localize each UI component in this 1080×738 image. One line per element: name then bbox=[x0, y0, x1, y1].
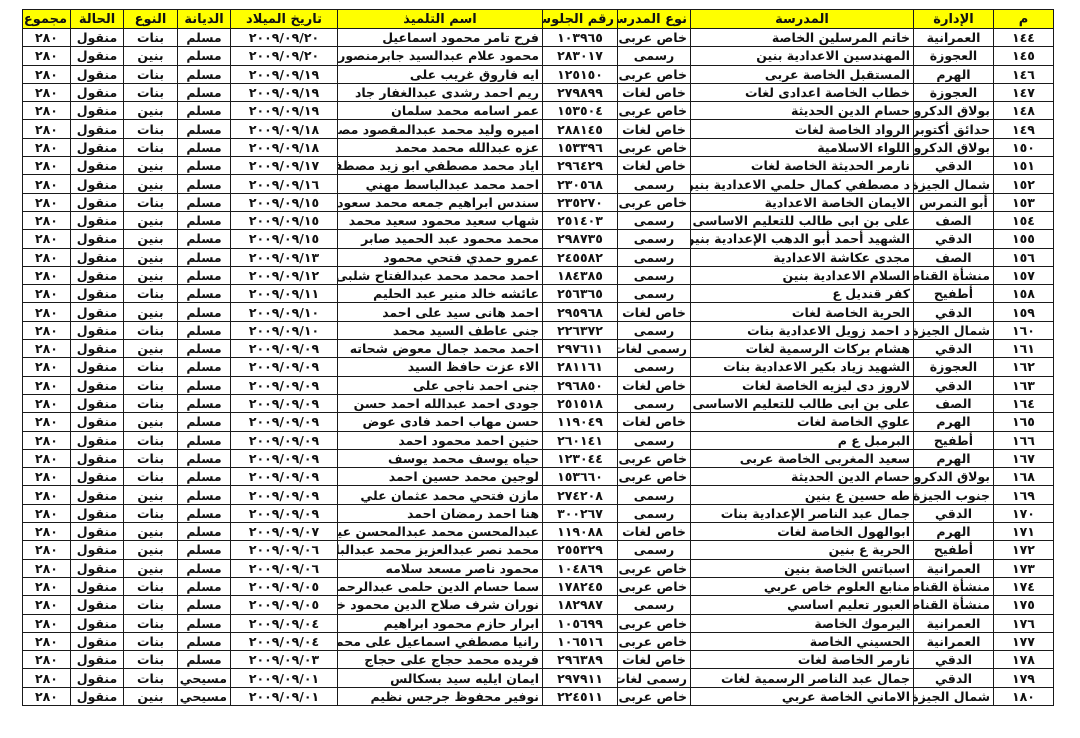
col-gender-cell: بنين bbox=[124, 157, 178, 175]
col-birth-date-cell: ٢٠٠٩/٠٩/٢٠ bbox=[231, 29, 338, 47]
col-religion-cell: مسلم bbox=[178, 248, 231, 266]
col-student-name-cell: عمر اسامه محمد سلمان bbox=[338, 102, 543, 120]
col-birth-date-cell: ٢٠٠٩/٠٩/٠٩ bbox=[231, 358, 338, 376]
col-religion-cell: مسلم bbox=[178, 193, 231, 211]
col-school-cell: خطاب الخاصة اعدادى لغات bbox=[691, 83, 914, 101]
col-birth-date-cell: ٢٠٠٩/٠٩/١٠ bbox=[231, 321, 338, 339]
col-school-type-cell: رسمى bbox=[618, 431, 691, 449]
table-row: ١٧٥منشأة القناطرالعبور تعليم اساسيرسمى١٨… bbox=[23, 596, 1054, 614]
col-student-name-cell: فرح تامر محمود اسماعيل bbox=[338, 29, 543, 47]
col-religion-cell: مسيحي bbox=[178, 669, 231, 687]
col-school-type-cell: خاص لغات bbox=[618, 651, 691, 669]
col-school-cell: الحرية الخاصة لغات bbox=[691, 303, 914, 321]
col-religion-cell: مسلم bbox=[178, 468, 231, 486]
col-index-cell: ١٧٢ bbox=[994, 541, 1054, 559]
col-administration-cell: الصف bbox=[914, 248, 994, 266]
col-student-name-cell: مازن فتحي محمد عثمان علي bbox=[338, 486, 543, 504]
col-seat-number-cell: ١٠٤٨٦٩ bbox=[543, 559, 618, 577]
col-birth-date-cell: ٢٠٠٩/٠٩/١٢ bbox=[231, 266, 338, 284]
col-school-type-cell: خاص عربى bbox=[618, 138, 691, 156]
col-gender-cell: بنات bbox=[124, 577, 178, 595]
col-index-cell: ١٦٢ bbox=[994, 358, 1054, 376]
col-gender-cell: بنات bbox=[124, 138, 178, 156]
col-administration-cell: بولاق الدكرور bbox=[914, 102, 994, 120]
col-status-cell: منقول bbox=[71, 541, 124, 559]
col-student-name-cell: ابرار حازم محمود ابراهيم bbox=[338, 614, 543, 632]
col-birth-date-cell: ٢٠٠٩/٠٩/٠٤ bbox=[231, 614, 338, 632]
col-school-cell: سعيد المغربى الخاصة عربى bbox=[691, 449, 914, 467]
col-gender-cell: بنات bbox=[124, 394, 178, 412]
col-index-cell: ١٤٩ bbox=[994, 120, 1054, 138]
col-religion-cell: مسلم bbox=[178, 47, 231, 65]
col-seat-number-cell: ٢٩٧٦١١ bbox=[543, 340, 618, 358]
col-school-type-cell: رسمى bbox=[618, 248, 691, 266]
table-row: ١٧٨الدقينارمر الخاصة لغاتخاص لغات٢٩٦٣٨٩ف… bbox=[23, 651, 1054, 669]
col-index-cell: ١٧٦ bbox=[994, 614, 1054, 632]
col-administration-cell: العمرانية bbox=[914, 632, 994, 650]
col-student-name-cell: محمود ناصر مسعد سلامه bbox=[338, 559, 543, 577]
col-birth-date-cell: ٢٠٠٩/٠٩/٠٩ bbox=[231, 504, 338, 522]
col-student-name-cell: احمد محمد محمد عبدالفتاح شلبى bbox=[338, 266, 543, 284]
col-school-type-cell: رسمى bbox=[618, 504, 691, 522]
col-religion-cell: مسلم bbox=[178, 303, 231, 321]
table-row: ١٥٤الصفعلى بن ابى طالب للتعليم الاساسىرس… bbox=[23, 211, 1054, 229]
col-status-cell: منقول bbox=[71, 102, 124, 120]
table-row: ١٦٤الصفعلى بن ابى طالب للتعليم الاساسىرس… bbox=[23, 394, 1054, 412]
col-total-cell: ٢٨٠ bbox=[23, 376, 71, 394]
col-status-cell: منقول bbox=[71, 614, 124, 632]
col-student-name-cell: نوران شرف صلاح الدين محمود خاطر bbox=[338, 596, 543, 614]
col-seat-number-cell: ١١٩٠٤٩ bbox=[543, 413, 618, 431]
col-index-cell: ١٥٣ bbox=[994, 193, 1054, 211]
col-school-cell: الشهيد أحمد أبو الدهب الإعدادية بنين bbox=[691, 230, 914, 248]
col-index-cell: ١٦٥ bbox=[994, 413, 1054, 431]
col-religion-cell: مسلم bbox=[178, 651, 231, 669]
col-religion-cell: مسلم bbox=[178, 138, 231, 156]
col-religion-cell: مسلم bbox=[178, 266, 231, 284]
col-religion-cell: مسلم bbox=[178, 211, 231, 229]
col-school-cell: السلام الاعدادية بنين bbox=[691, 266, 914, 284]
col-total-cell: ٢٨٠ bbox=[23, 577, 71, 595]
col-gender-cell: بنين bbox=[124, 340, 178, 358]
col-student-name-cell: حنين احمد محمود احمد bbox=[338, 431, 543, 449]
col-index-cell: ١٥٧ bbox=[994, 266, 1054, 284]
col-seat-number-cell: ٢٩٥٩٦٨ bbox=[543, 303, 618, 321]
col-administration-cell: الدقي bbox=[914, 376, 994, 394]
col-religion-cell: مسلم bbox=[178, 449, 231, 467]
col-index-cell: ١٥٠ bbox=[994, 138, 1054, 156]
col-gender-cell: بنين bbox=[124, 211, 178, 229]
col-administration-cell: الهرم bbox=[914, 413, 994, 431]
col-administration-cell: الهرم bbox=[914, 65, 994, 83]
col-school-cell: على بن ابى طالب للتعليم الاساسى bbox=[691, 394, 914, 412]
table-row: ١٧٩الدقيجمال عبد الناصر الرسمية لغاترسمى… bbox=[23, 669, 1054, 687]
col-total-cell: ٢٨٠ bbox=[23, 303, 71, 321]
col-school-type-cell: خاص لغات bbox=[618, 120, 691, 138]
header-col-status: الحالة bbox=[71, 10, 124, 29]
col-student-name-cell: شهاب سعيد محمود سعيد محمد bbox=[338, 211, 543, 229]
col-school-cell: حسام الدين الحديثة bbox=[691, 102, 914, 120]
col-seat-number-cell: ١٧٨٢٤٥ bbox=[543, 577, 618, 595]
col-seat-number-cell: ١٢٣٠٤٤ bbox=[543, 449, 618, 467]
col-index-cell: ١٧٨ bbox=[994, 651, 1054, 669]
col-student-name-cell: عمرو حمدي فتحي محمود bbox=[338, 248, 543, 266]
col-total-cell: ٢٨٠ bbox=[23, 138, 71, 156]
col-status-cell: منقول bbox=[71, 413, 124, 431]
col-gender-cell: بنات bbox=[124, 632, 178, 650]
col-religion-cell: مسلم bbox=[178, 157, 231, 175]
col-school-cell: ابوالهول الخاصة لغات bbox=[691, 523, 914, 541]
table-row: ١٤٧العجوزةخطاب الخاصة اعدادى لغاتخاص لغا… bbox=[23, 83, 1054, 101]
col-school-cell: الرواد الخاصة لغات bbox=[691, 120, 914, 138]
table-row: ١٧١الهرمابوالهول الخاصة لغاتخاص لغات١١٩٠… bbox=[23, 523, 1054, 541]
col-index-cell: ١٧٤ bbox=[994, 577, 1054, 595]
col-seat-number-cell: ١١٩٠٨٨ bbox=[543, 523, 618, 541]
col-religion-cell: مسلم bbox=[178, 376, 231, 394]
col-index-cell: ١٥١ bbox=[994, 157, 1054, 175]
col-gender-cell: بنين bbox=[124, 541, 178, 559]
col-birth-date-cell: ٢٠٠٩/٠٩/١٩ bbox=[231, 83, 338, 101]
col-religion-cell: مسلم bbox=[178, 394, 231, 412]
col-status-cell: منقول bbox=[71, 193, 124, 211]
col-seat-number-cell: ٢٩٧٩١١ bbox=[543, 669, 618, 687]
col-index-cell: ١٧٣ bbox=[994, 559, 1054, 577]
col-school-type-cell: خاص لغات bbox=[618, 413, 691, 431]
table-row: ١٥٧منشأة القناطرالسلام الاعدادية بنينرسم… bbox=[23, 266, 1054, 284]
col-gender-cell: بنين bbox=[124, 523, 178, 541]
col-school-cell: اسباتس الخاصة بنين bbox=[691, 559, 914, 577]
col-birth-date-cell: ٢٠٠٩/٠٩/٠٩ bbox=[231, 413, 338, 431]
col-gender-cell: بنين bbox=[124, 486, 178, 504]
col-index-cell: ١٤٤ bbox=[994, 29, 1054, 47]
col-seat-number-cell: ٢٢٦٣٧٢ bbox=[543, 321, 618, 339]
col-school-type-cell: خاص عربى bbox=[618, 449, 691, 467]
col-school-cell: نارمر الخاصة لغات bbox=[691, 651, 914, 669]
col-total-cell: ٢٨٠ bbox=[23, 541, 71, 559]
col-seat-number-cell: ١٥٣٣٩٦ bbox=[543, 138, 618, 156]
col-birth-date-cell: ٢٠٠٩/٠٩/٢٠ bbox=[231, 47, 338, 65]
col-administration-cell: أطفيح bbox=[914, 541, 994, 559]
col-administration-cell: شمال الجيزة bbox=[914, 687, 994, 705]
col-birth-date-cell: ٢٠٠٩/٠٩/١٦ bbox=[231, 175, 338, 193]
col-school-type-cell: رسمى bbox=[618, 596, 691, 614]
table-row: ١٦٦أطفيحالبرمبل ع مرسمى٢٦٠١٤١حنين احمد م… bbox=[23, 431, 1054, 449]
col-religion-cell: مسلم bbox=[178, 523, 231, 541]
col-status-cell: منقول bbox=[71, 303, 124, 321]
col-seat-number-cell: ٢٣٥٢٧٠ bbox=[543, 193, 618, 211]
col-school-cell: طه حسين ع بنين bbox=[691, 486, 914, 504]
col-birth-date-cell: ٢٠٠٩/٠٩/٠٩ bbox=[231, 394, 338, 412]
col-student-name-cell: محمود علام عبدالسيد جابرمنصور محمد bbox=[338, 47, 543, 65]
table-row: ١٦٣الدقيلاروز دى ليزيه الخاصة لغاتخاص لغ… bbox=[23, 376, 1054, 394]
col-birth-date-cell: ٢٠٠٩/٠٩/٠١ bbox=[231, 669, 338, 687]
col-student-name-cell: رانيا مصطفي اسماعيل على محمد bbox=[338, 632, 543, 650]
col-administration-cell: منشأة القناطر bbox=[914, 266, 994, 284]
col-index-cell: ١٥٦ bbox=[994, 248, 1054, 266]
students-table: مالإدارةالمدرسةنوع المدرسةرقم الجلوساسم … bbox=[22, 9, 1054, 706]
col-status-cell: منقول bbox=[71, 266, 124, 284]
col-birth-date-cell: ٢٠٠٩/٠٩/٠٦ bbox=[231, 559, 338, 577]
col-school-cell: منابع العلوم خاص عربي bbox=[691, 577, 914, 595]
col-status-cell: منقول bbox=[71, 47, 124, 65]
col-index-cell: ١٤٨ bbox=[994, 102, 1054, 120]
col-school-type-cell: رسمى bbox=[618, 47, 691, 65]
col-birth-date-cell: ٢٠٠٩/٠٩/٠٥ bbox=[231, 596, 338, 614]
col-birth-date-cell: ٢٠٠٩/٠٩/٠٣ bbox=[231, 651, 338, 669]
col-birth-date-cell: ٢٠٠٩/٠٩/٠٦ bbox=[231, 541, 338, 559]
table-row: ١٥٢شمال الجيزةد مصطفي كمال حلمي الاعدادي… bbox=[23, 175, 1054, 193]
col-status-cell: منقول bbox=[71, 431, 124, 449]
col-status-cell: منقول bbox=[71, 340, 124, 358]
col-status-cell: منقول bbox=[71, 687, 124, 705]
col-index-cell: ١٧٩ bbox=[994, 669, 1054, 687]
col-religion-cell: مسلم bbox=[178, 321, 231, 339]
col-school-cell: البرمبل ع م bbox=[691, 431, 914, 449]
table-row: ١٦٥الهرمعلوي الخاصة لغاتخاص لغات١١٩٠٤٩حس… bbox=[23, 413, 1054, 431]
col-birth-date-cell: ٢٠٠٩/٠٩/٠١ bbox=[231, 687, 338, 705]
col-school-type-cell: خاص عربى bbox=[618, 577, 691, 595]
col-seat-number-cell: ٢٦٠١٤١ bbox=[543, 431, 618, 449]
col-school-type-cell: خاص عربى bbox=[618, 29, 691, 47]
col-seat-number-cell: ١٠٣٩٦٥ bbox=[543, 29, 618, 47]
col-school-type-cell: رسمى bbox=[618, 266, 691, 284]
col-index-cell: ١٧٧ bbox=[994, 632, 1054, 650]
col-status-cell: منقول bbox=[71, 449, 124, 467]
col-administration-cell: الدقي bbox=[914, 504, 994, 522]
col-school-type-cell: رسمى bbox=[618, 541, 691, 559]
col-birth-date-cell: ٢٠٠٩/٠٩/٠٩ bbox=[231, 449, 338, 467]
col-administration-cell: الدقي bbox=[914, 669, 994, 687]
col-student-name-cell: محمد نصر عبدالعزيز محمد عبدالباقي bbox=[338, 541, 543, 559]
col-seat-number-cell: ٢٩٦٤٢٩ bbox=[543, 157, 618, 175]
col-status-cell: منقول bbox=[71, 559, 124, 577]
col-gender-cell: بنات bbox=[124, 83, 178, 101]
col-gender-cell: بنين bbox=[124, 248, 178, 266]
col-gender-cell: بنات bbox=[124, 468, 178, 486]
col-total-cell: ٢٨٠ bbox=[23, 211, 71, 229]
col-school-cell: علوي الخاصة لغات bbox=[691, 413, 914, 431]
col-index-cell: ١٥٢ bbox=[994, 175, 1054, 193]
col-student-name-cell: جنى عاطف السيد محمد bbox=[338, 321, 543, 339]
col-administration-cell: شمال الجيزة bbox=[914, 175, 994, 193]
col-total-cell: ٢٨٠ bbox=[23, 248, 71, 266]
col-religion-cell: مسلم bbox=[178, 632, 231, 650]
col-gender-cell: بنات bbox=[124, 651, 178, 669]
col-school-cell: مجدى عكاشة الاعدادية bbox=[691, 248, 914, 266]
col-seat-number-cell: ٢٨٨١٤٥ bbox=[543, 120, 618, 138]
col-administration-cell: أبو النمرس bbox=[914, 193, 994, 211]
col-birth-date-cell: ٢٠٠٩/٠٩/٠٧ bbox=[231, 523, 338, 541]
col-gender-cell: بنين bbox=[124, 230, 178, 248]
col-gender-cell: بنات bbox=[124, 65, 178, 83]
col-total-cell: ٢٨٠ bbox=[23, 687, 71, 705]
col-school-cell: جمال عبد الناصر الرسمية لغات bbox=[691, 669, 914, 687]
col-seat-number-cell: ٢٧٩٨٩٩ bbox=[543, 83, 618, 101]
table-row: ١٦٠شمال الجيزةد احمد زويل الاعدادية بنات… bbox=[23, 321, 1054, 339]
col-index-cell: ١٤٦ bbox=[994, 65, 1054, 83]
table-row: ١٤٥العجوزةالمهندسين الاعدادية بنينرسمى٢٨… bbox=[23, 47, 1054, 65]
col-index-cell: ١٥٨ bbox=[994, 285, 1054, 303]
col-total-cell: ٢٨٠ bbox=[23, 340, 71, 358]
col-school-cell: المستقبل الخاصة عربى bbox=[691, 65, 914, 83]
header-col-school-type: نوع المدرسة bbox=[618, 10, 691, 29]
header-col-seat-number: رقم الجلوس bbox=[543, 10, 618, 29]
col-student-name-cell: ريم احمد رشدى عبدالغفار جاد bbox=[338, 83, 543, 101]
col-school-type-cell: رسمى bbox=[618, 486, 691, 504]
col-student-name-cell: احمد محمد عبدالباسط مهني bbox=[338, 175, 543, 193]
col-school-type-cell: رسمى bbox=[618, 211, 691, 229]
col-seat-number-cell: ٢٨٣٠١٧ bbox=[543, 47, 618, 65]
col-student-name-cell: ايمان ايليه سيد بسكالس bbox=[338, 669, 543, 687]
col-school-cell: جمال عبد الناصر الإعدادية بنات bbox=[691, 504, 914, 522]
table-row: ١٤٨بولاق الدكرورحسام الدين الحديثةخاص عر… bbox=[23, 102, 1054, 120]
col-gender-cell: بنين bbox=[124, 47, 178, 65]
col-gender-cell: بنين bbox=[124, 303, 178, 321]
col-status-cell: منقول bbox=[71, 376, 124, 394]
col-school-type-cell: خاص عربى bbox=[618, 687, 691, 705]
col-student-name-cell: حياه يوسف محمد يوسف bbox=[338, 449, 543, 467]
col-gender-cell: بنات bbox=[124, 449, 178, 467]
col-administration-cell: أطفيح bbox=[914, 285, 994, 303]
col-total-cell: ٢٨٠ bbox=[23, 102, 71, 120]
col-administration-cell: منشأة القناطر bbox=[914, 577, 994, 595]
col-student-name-cell: عبدالمحسن محمد عبدالمحسن عيسي خليل bbox=[338, 523, 543, 541]
col-index-cell: ١٦٩ bbox=[994, 486, 1054, 504]
col-student-name-cell: لوجين محمد حسين احمد bbox=[338, 468, 543, 486]
col-student-name-cell: اميره وليد محمد عبدالمقصود مصطفي bbox=[338, 120, 543, 138]
col-total-cell: ٢٨٠ bbox=[23, 193, 71, 211]
col-religion-cell: مسلم bbox=[178, 175, 231, 193]
col-seat-number-cell: ١٥٣٥٠٤ bbox=[543, 102, 618, 120]
col-school-cell: حسام الدين الحديثة bbox=[691, 468, 914, 486]
col-religion-cell: مسلم bbox=[178, 596, 231, 614]
col-student-name-cell: اياد محمد مصطفي ابو زيد مصطفي bbox=[338, 157, 543, 175]
table-row: ١٥٦الصفمجدى عكاشة الاعداديةرسمى٢٤٥٥٨٢عمر… bbox=[23, 248, 1054, 266]
col-administration-cell: العمرانية bbox=[914, 29, 994, 47]
col-total-cell: ٢٨٠ bbox=[23, 175, 71, 193]
col-total-cell: ٢٨٠ bbox=[23, 449, 71, 467]
col-administration-cell: العمرانية bbox=[914, 559, 994, 577]
col-administration-cell: حدائق أكتوبر bbox=[914, 120, 994, 138]
col-index-cell: ١٥٥ bbox=[994, 230, 1054, 248]
table-row: ١٥٥الدقيالشهيد أحمد أبو الدهب الإعدادية … bbox=[23, 230, 1054, 248]
col-school-type-cell: خاص عربى bbox=[618, 559, 691, 577]
col-student-name-cell: عزه عبدالله محمد محمد bbox=[338, 138, 543, 156]
col-index-cell: ١٦١ bbox=[994, 340, 1054, 358]
table-row: ١٥٩الدقيالحرية الخاصة لغاتخاص لغات٢٩٥٩٦٨… bbox=[23, 303, 1054, 321]
col-administration-cell: الصف bbox=[914, 211, 994, 229]
col-administration-cell: بولاق الدكرور bbox=[914, 138, 994, 156]
col-student-name-cell: جودى احمد عبدالله احمد حسن bbox=[338, 394, 543, 412]
col-status-cell: منقول bbox=[71, 632, 124, 650]
col-religion-cell: مسلم bbox=[178, 504, 231, 522]
table-row: ١٦٧الهرمسعيد المغربى الخاصة عربىخاص عربى… bbox=[23, 449, 1054, 467]
col-status-cell: منقول bbox=[71, 248, 124, 266]
col-school-type-cell: رسمى bbox=[618, 285, 691, 303]
col-school-cell: المهندسين الاعدادية بنين bbox=[691, 47, 914, 65]
col-birth-date-cell: ٢٠٠٩/٠٩/٠٩ bbox=[231, 468, 338, 486]
table-row: ١٦٩جنوب الجيزةطه حسين ع بنينرسمى٢٧٤٢٠٨ما… bbox=[23, 486, 1054, 504]
col-gender-cell: بنات bbox=[124, 193, 178, 211]
col-school-cell: اللواء الاسلامية bbox=[691, 138, 914, 156]
col-religion-cell: مسلم bbox=[178, 83, 231, 101]
col-student-name-cell: نوفير محفوظ جرجس نظيم bbox=[338, 687, 543, 705]
col-total-cell: ٢٨٠ bbox=[23, 669, 71, 687]
col-school-cell: الايمان الخاصة الاعدادية bbox=[691, 193, 914, 211]
col-school-type-cell: خاص عربى bbox=[618, 614, 691, 632]
col-student-name-cell: عائشه خالد منير عبد الحليم bbox=[338, 285, 543, 303]
col-birth-date-cell: ٢٠٠٩/٠٩/٠٥ bbox=[231, 577, 338, 595]
header-col-birth-date: تاريخ الميلاد bbox=[231, 10, 338, 29]
col-seat-number-cell: ٢٩٦٣٨٩ bbox=[543, 651, 618, 669]
col-index-cell: ١٨٠ bbox=[994, 687, 1054, 705]
col-status-cell: منقول bbox=[71, 120, 124, 138]
col-total-cell: ٢٨٠ bbox=[23, 596, 71, 614]
col-religion-cell: مسلم bbox=[178, 431, 231, 449]
col-status-cell: منقول bbox=[71, 468, 124, 486]
col-school-cell: الحرية ع بنين bbox=[691, 541, 914, 559]
col-school-type-cell: خاص عربى bbox=[618, 193, 691, 211]
col-index-cell: ١٧٠ bbox=[994, 504, 1054, 522]
col-religion-cell: مسلم bbox=[178, 358, 231, 376]
header-col-administration: الإدارة bbox=[914, 10, 994, 29]
col-student-name-cell: جنى احمد ناجى على bbox=[338, 376, 543, 394]
col-gender-cell: بنات bbox=[124, 669, 178, 687]
col-total-cell: ٢٨٠ bbox=[23, 47, 71, 65]
col-gender-cell: بنين bbox=[124, 559, 178, 577]
col-seat-number-cell: ٢٥٥٣٢٩ bbox=[543, 541, 618, 559]
col-total-cell: ٢٨٠ bbox=[23, 266, 71, 284]
col-school-type-cell: رسمى bbox=[618, 175, 691, 193]
col-school-type-cell: رسمى لغات bbox=[618, 340, 691, 358]
col-status-cell: منقول bbox=[71, 83, 124, 101]
header-col-total: مجموع bbox=[23, 10, 71, 29]
col-index-cell: ١٦٠ bbox=[994, 321, 1054, 339]
col-index-cell: ١٦٦ bbox=[994, 431, 1054, 449]
col-administration-cell: الدقي bbox=[914, 303, 994, 321]
col-seat-number-cell: ٣٠٠٢٦٧ bbox=[543, 504, 618, 522]
col-school-cell: هشام بركات الرسمية لغات bbox=[691, 340, 914, 358]
col-status-cell: منقول bbox=[71, 230, 124, 248]
col-status-cell: منقول bbox=[71, 65, 124, 83]
col-religion-cell: مسلم bbox=[178, 230, 231, 248]
col-school-cell: اليرموك الخاصة bbox=[691, 614, 914, 632]
col-seat-number-cell: ٢٩٦٨٥٠ bbox=[543, 376, 618, 394]
header-col-gender: النوع bbox=[124, 10, 178, 29]
col-student-name-cell: حسن مهاب احمد فادى عوض bbox=[338, 413, 543, 431]
col-seat-number-cell: ٢٧٤٢٠٨ bbox=[543, 486, 618, 504]
col-religion-cell: مسلم bbox=[178, 285, 231, 303]
col-school-cell: الحسيني الخاصة bbox=[691, 632, 914, 650]
table-row: ١٧٦العمرانيةاليرموك الخاصةخاص عربى١٠٥٦٩٩… bbox=[23, 614, 1054, 632]
col-status-cell: منقول bbox=[71, 486, 124, 504]
col-school-cell: الاماني الخاصة عربي bbox=[691, 687, 914, 705]
col-seat-number-cell: ٢٣٠٥٦٨ bbox=[543, 175, 618, 193]
col-administration-cell: الدقي bbox=[914, 651, 994, 669]
col-birth-date-cell: ٢٠٠٩/٠٩/٠٩ bbox=[231, 340, 338, 358]
col-birth-date-cell: ٢٠٠٩/٠٩/١٨ bbox=[231, 138, 338, 156]
col-seat-number-cell: ٢٢٤٥١١ bbox=[543, 687, 618, 705]
col-total-cell: ٢٨٠ bbox=[23, 651, 71, 669]
col-total-cell: ٢٨٠ bbox=[23, 394, 71, 412]
table-row: ١٤٩حدائق أكتوبرالرواد الخاصة لغاتخاص لغا… bbox=[23, 120, 1054, 138]
table-row: ١٥٨أطفيحكفر قنديل عرسمى٢٥٦٣٦٥عائشه خالد … bbox=[23, 285, 1054, 303]
col-birth-date-cell: ٢٠٠٩/٠٩/١٩ bbox=[231, 102, 338, 120]
col-birth-date-cell: ٢٠٠٩/٠٩/١٣ bbox=[231, 248, 338, 266]
col-gender-cell: بنين bbox=[124, 175, 178, 193]
col-gender-cell: بنات bbox=[124, 120, 178, 138]
col-school-type-cell: رسمى bbox=[618, 321, 691, 339]
